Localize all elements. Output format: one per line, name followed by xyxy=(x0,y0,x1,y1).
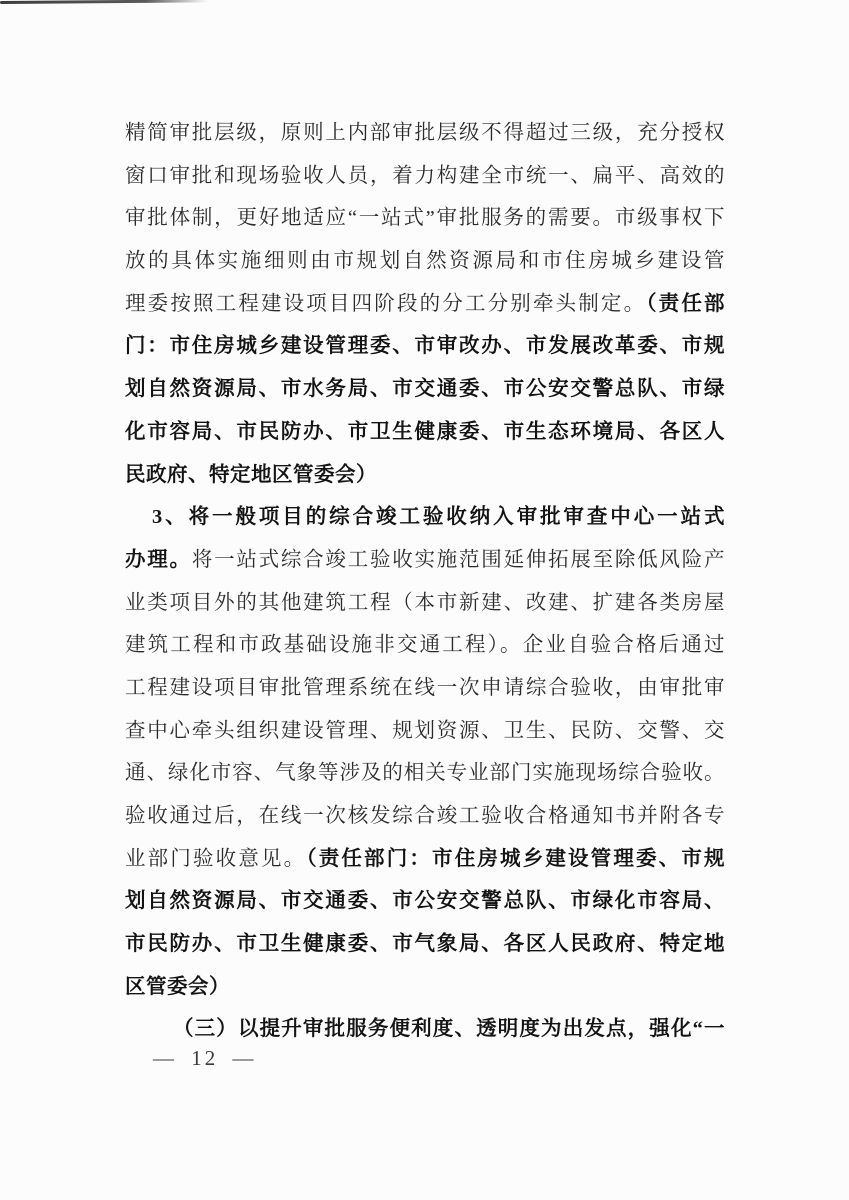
text-line: 划自然资源局、市交通委、市公安交警总队、市绿化市容局、 xyxy=(125,880,725,923)
text-segment-bold: （责任部门：市住房城乡建设管理委、市规 xyxy=(306,848,725,870)
text-line: 业部门验收意见。（责任部门：市住房城乡建设管理委、市规 xyxy=(125,838,725,881)
text-line: 理委按照工程建设项目四阶段的分工分别牵头制定。（责任部 xyxy=(125,283,725,326)
text-segment-bold: 市民防办、市卫生健康委、市气象局、各区人民政府、特定地 xyxy=(125,933,725,955)
text-segment: 精简审批层级，原则上内部审批层级不得超过三级，充分授权 xyxy=(125,122,725,144)
text-line: 通、绿化市容、气象等涉及的相关专业部门实施现场综合验收。 xyxy=(125,752,725,795)
text-segment-bold: 化市容局、市民防办、市卫生健康委、市生态环境局、各区人 xyxy=(125,421,725,443)
paragraph-section-3-heading: （三）以提升审批服务便利度、透明度为出发点，强化“一 xyxy=(125,1008,725,1051)
text-line: 门：市住房城乡建设管理委、市审改办、市发展改革委、市规 xyxy=(125,325,725,368)
paragraph-continuation: 精简审批层级，原则上内部审批层级不得超过三级，充分授权窗口审批和现场验收人员，着… xyxy=(125,112,725,496)
text-line: 精简审批层级，原则上内部审批层级不得超过三级，充分授权 xyxy=(125,112,725,155)
document-body: 精简审批层级，原则上内部审批层级不得超过三级，充分授权窗口审批和现场验收人员，着… xyxy=(125,112,725,1051)
page-number: — 12 — xyxy=(153,1046,257,1071)
document-page: 精简审批层级，原则上内部审批层级不得超过三级，充分授权窗口审批和现场验收人员，着… xyxy=(0,0,849,1200)
text-segment: 业类项目外的其他建筑工程（本市新建、改建、扩建各类房屋 xyxy=(125,592,725,614)
text-line: （三）以提升审批服务便利度、透明度为出发点，强化“一 xyxy=(125,1008,725,1051)
text-segment: 查中心牵头组织建设管理、规划资源、卫生、民防、交警、交 xyxy=(125,720,725,742)
text-line: 划自然资源局、市水务局、市交通委、市公安交警总队、市绿 xyxy=(125,368,725,411)
text-segment-bold: 门：市住房城乡建设管理委、市审改办、市发展改革委、市规 xyxy=(125,335,725,357)
text-line: 办理。将一站式综合竣工验收实施范围延伸拓展至除低风险产 xyxy=(125,539,725,582)
text-segment: 验收通过后，在线一次核发综合竣工验收合格通知书并附各专 xyxy=(125,805,725,827)
text-line: 放的具体实施细则由市规划自然资源局和市住房城乡建设管 xyxy=(125,240,725,283)
text-segment: 通、绿化市容、气象等涉及的相关专业部门实施现场综合验收。 xyxy=(125,762,725,784)
text-line: 工程建设项目审批管理系统在线一次申请综合验收，由审批审 xyxy=(125,667,725,710)
text-segment-bold: 划自然资源局、市交通委、市公安交警总队、市绿化市容局、 xyxy=(125,890,725,912)
text-segment-bold: 3、将一般项目的综合竣工验收纳入审批审查中心一站式 xyxy=(152,506,725,528)
text-segment-bold: 民政府、特定地区管委会） xyxy=(125,464,377,486)
text-line: 市民防办、市卫生健康委、市气象局、各区人民政府、特定地 xyxy=(125,923,725,966)
text-line: 业类项目外的其他建筑工程（本市新建、改建、扩建各类房屋 xyxy=(125,582,725,625)
text-line: 验收通过后，在线一次核发综合竣工验收合格通知书并附各专 xyxy=(125,795,725,838)
text-line: 民政府、特定地区管委会） xyxy=(125,454,725,497)
text-line: 审批体制，更好地适应“一站式”审批服务的需要。市级事权下 xyxy=(125,197,725,240)
text-line: 查中心牵头组织建设管理、规划资源、卫生、民防、交警、交 xyxy=(125,710,725,753)
scan-artifact-line xyxy=(0,0,208,4)
text-line: 化市容局、市民防办、市卫生健康委、市生态环境局、各区人 xyxy=(125,411,725,454)
text-segment: 建筑工程和市政基础设施非交通工程）。企业自验合格后通过 xyxy=(125,634,725,656)
text-segment-bold: 划自然资源局、市水务局、市交通委、市公安交警总队、市绿 xyxy=(125,378,725,400)
text-line: 建筑工程和市政基础设施非交通工程）。企业自验合格后通过 xyxy=(125,624,725,667)
text-segment: 业部门验收意见。 xyxy=(125,848,306,870)
text-segment: 理委按照工程建设项目四阶段的分工分别牵头制定。 xyxy=(125,293,646,315)
text-line: 区管委会） xyxy=(125,966,725,1009)
paragraph-item-3: 3、将一般项目的综合竣工验收纳入审批审查中心一站式办理。将一站式综合竣工验收实施… xyxy=(125,496,725,1008)
text-segment-bold: （三）以提升审批服务便利度、透明度为出发点，强化“一 xyxy=(173,1018,725,1040)
text-segment: 工程建设项目审批管理系统在线一次申请综合验收，由审批审 xyxy=(125,677,725,699)
text-segment: 审批体制，更好地适应“一站式”审批服务的需要。市级事权下 xyxy=(125,207,725,229)
text-segment: 将一站式综合竣工验收实施范围延伸拓展至除低风险产 xyxy=(192,549,725,571)
text-segment: 窗口审批和现场验收人员，着力构建全市统一、扁平、高效的 xyxy=(125,165,725,187)
text-line: 窗口审批和现场验收人员，着力构建全市统一、扁平、高效的 xyxy=(125,155,725,198)
text-segment-bold: （责任部 xyxy=(646,293,725,315)
text-line: 3、将一般项目的综合竣工验收纳入审批审查中心一站式 xyxy=(125,496,725,539)
text-segment-bold: 办理。 xyxy=(125,549,192,571)
text-segment-bold: 区管委会） xyxy=(125,976,230,998)
text-segment: 放的具体实施细则由市规划自然资源局和市住房城乡建设管 xyxy=(125,250,725,272)
